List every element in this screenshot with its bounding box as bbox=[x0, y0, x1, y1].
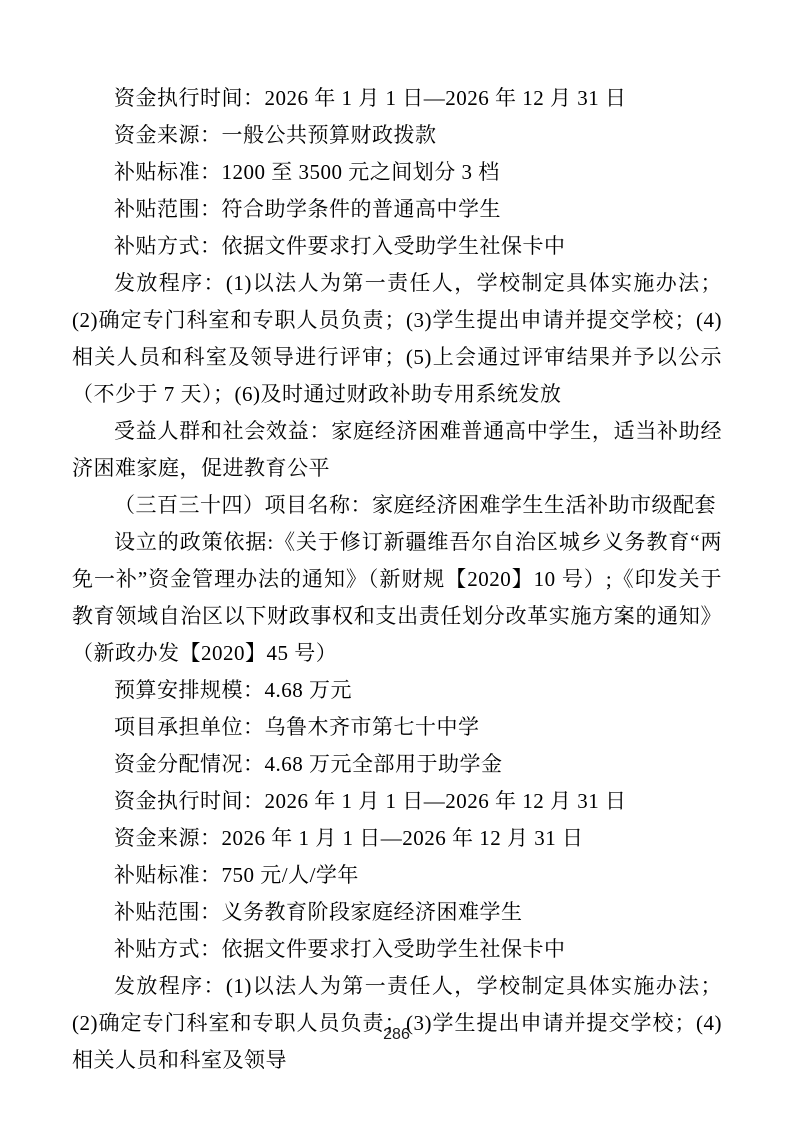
para-subsidy-standard-2: 补贴标准：750 元/人/学年 bbox=[72, 857, 722, 894]
para-distribution-procedure-2: 发放程序：(1)以法人为第一责任人，学校制定具体实施办法；(2)确定专门科室和专… bbox=[72, 968, 722, 1079]
para-fund-execution-time: 资金执行时间：2026 年 1 月 1 日—2026 年 12 月 31 日 bbox=[72, 80, 722, 117]
para-undertaking-unit: 项目承担单位：乌鲁木齐市第七十中学 bbox=[72, 709, 722, 746]
para-subsidy-standard: 补贴标准：1200 至 3500 元之间划分 3 档 bbox=[72, 154, 722, 191]
para-budget-scale: 预算安排规模：4.68 万元 bbox=[72, 672, 722, 709]
page-footer: 286 bbox=[0, 1026, 793, 1044]
para-beneficiaries-social-benefit: 受益人群和社会效益：家庭经济困难普通高中学生，适当补助经济困难家庭，促进教育公平 bbox=[72, 413, 722, 487]
para-fund-source-2: 资金来源：2026 年 1 月 1 日—2026 年 12 月 31 日 bbox=[72, 820, 722, 857]
para-project-name-334: （三百三十四）项目名称：家庭经济困难学生生活补助市级配套 bbox=[72, 487, 722, 524]
para-subsidy-scope-2: 补贴范围：义务教育阶段家庭经济困难学生 bbox=[72, 894, 722, 931]
document-body: 资金执行时间：2026 年 1 月 1 日—2026 年 12 月 31 日 资… bbox=[72, 80, 722, 1079]
para-subsidy-method-2: 补贴方式：依据文件要求打入受助学生社保卡中 bbox=[72, 931, 722, 968]
para-subsidy-scope: 补贴范围：符合助学条件的普通高中学生 bbox=[72, 191, 722, 228]
para-fund-allocation: 资金分配情况：4.68 万元全部用于助学金 bbox=[72, 746, 722, 783]
para-fund-execution-time-2: 资金执行时间：2026 年 1 月 1 日—2026 年 12 月 31 日 bbox=[72, 783, 722, 820]
para-policy-basis: 设立的政策依据:《关于修订新疆维吾尔自治区城乡义务教育“两免一补”资金管理办法的… bbox=[72, 524, 722, 672]
page-number: 286 bbox=[383, 1026, 410, 1043]
para-fund-source: 资金来源：一般公共预算财政拨款 bbox=[72, 117, 722, 154]
document-page: 资金执行时间：2026 年 1 月 1 日—2026 年 12 月 31 日 资… bbox=[0, 0, 793, 1122]
para-subsidy-method: 补贴方式：依据文件要求打入受助学生社保卡中 bbox=[72, 228, 722, 265]
para-distribution-procedure: 发放程序：(1)以法人为第一责任人，学校制定具体实施办法；(2)确定专门科室和专… bbox=[72, 265, 722, 413]
